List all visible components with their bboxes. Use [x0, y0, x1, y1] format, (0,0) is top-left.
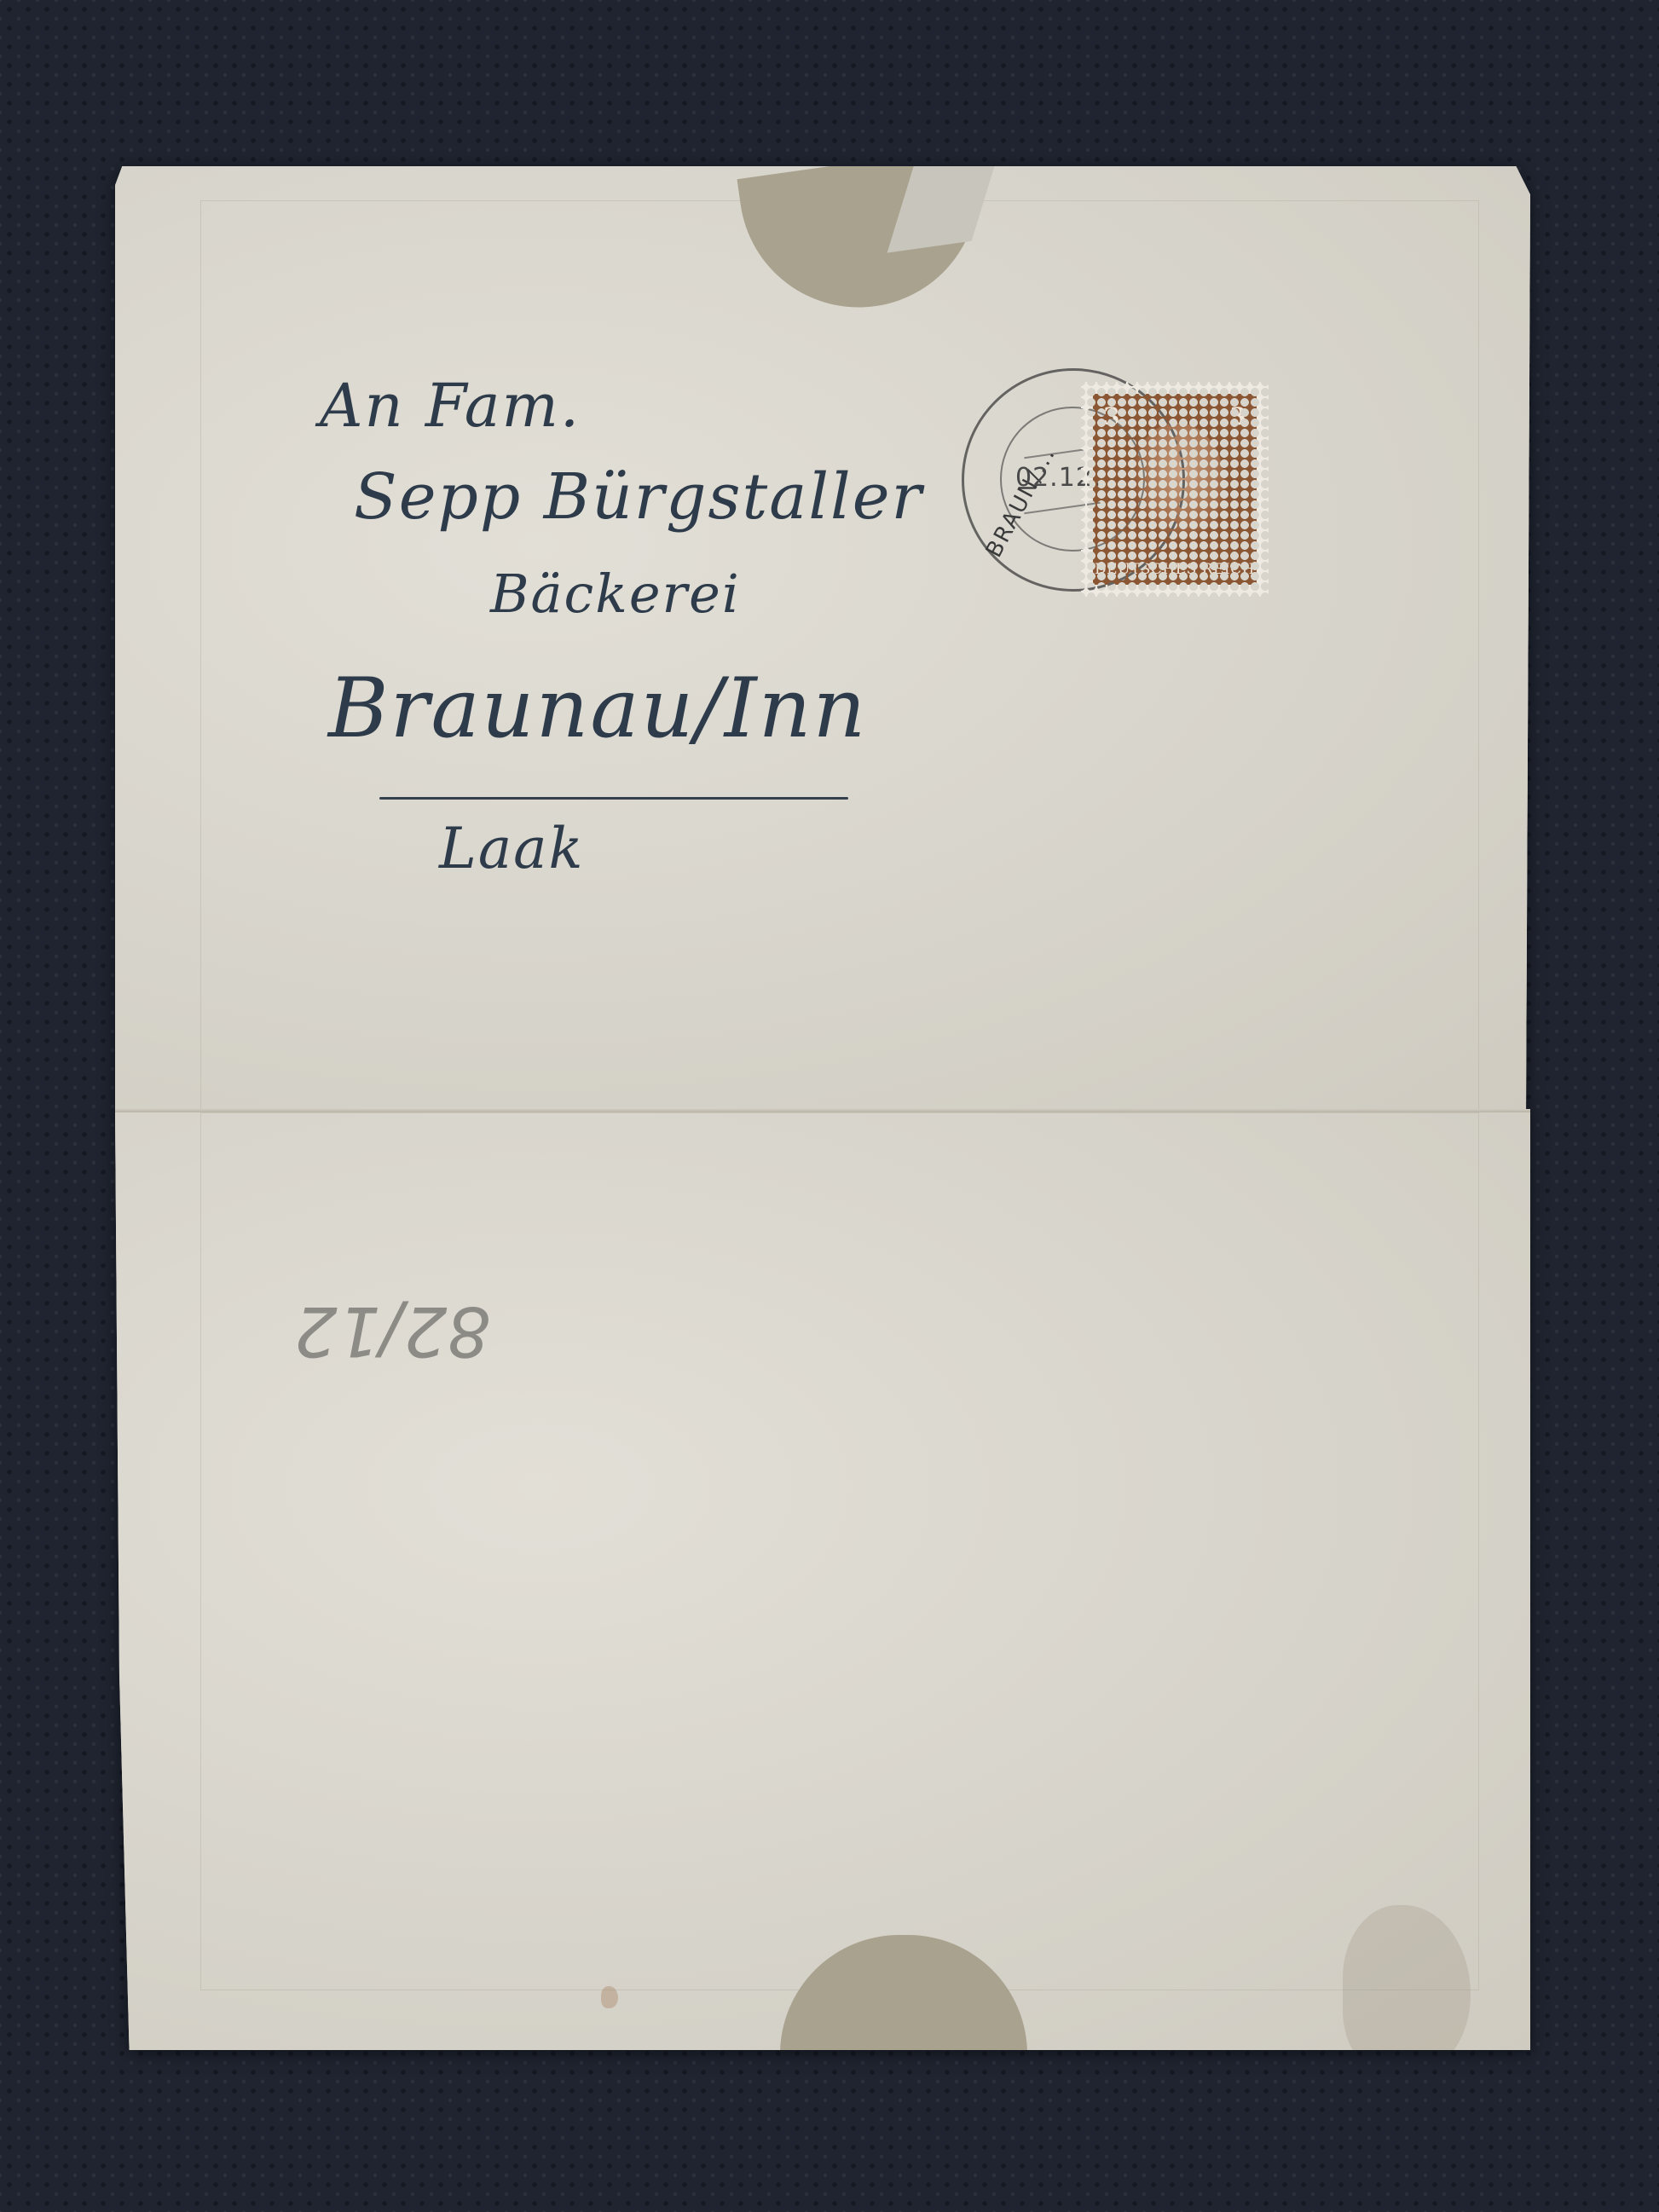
stamp-caption: DEUTSCHES REICH — [1093, 561, 1257, 578]
letter-bottom-panel: 82/12 — [115, 1112, 1530, 2050]
address-underline — [379, 797, 848, 800]
letter-sheet: An Fam. Sepp Bürgstaller Bäckerei Brauna… — [115, 166, 1530, 2050]
stamp-value-right: 3 — [1230, 402, 1246, 430]
pencil-notation: 82/12 — [294, 1291, 491, 1371]
spot-stain — [601, 1986, 618, 2008]
stamp-design: 3 3 DEUTSCHES REICH — [1093, 394, 1257, 585]
letter-top-panel: An Fam. Sepp Bürgstaller Bäckerei Brauna… — [115, 166, 1530, 1112]
address-line-2: Sepp Bürgstaller — [354, 460, 923, 534]
address-line-3: Bäckerei — [490, 563, 741, 625]
address-line-1: An Fam. — [320, 371, 581, 441]
stamp-value-left: 3 — [1103, 402, 1119, 430]
address-locality: Laak — [439, 816, 585, 881]
postage-stamp: 3 3 DEUTSCHES REICH — [1081, 382, 1269, 597]
stamp-portrait-icon — [1130, 423, 1224, 542]
address-city: Braunau/Inn — [328, 661, 867, 756]
printed-frame — [200, 1112, 1479, 1990]
